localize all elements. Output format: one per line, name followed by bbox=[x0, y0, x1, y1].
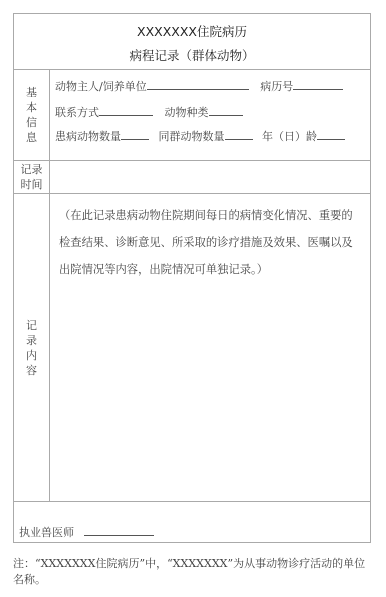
record-no-label: 病历号 bbox=[260, 80, 293, 93]
owner-label: 动物主人/饲养单位 bbox=[55, 80, 147, 93]
contact-label: 联系方式 bbox=[55, 106, 99, 119]
record-time-section: 记录时间 bbox=[14, 161, 370, 194]
form-header: XXXXXXX住院病历 病程记录（群体动物） bbox=[14, 14, 370, 70]
owner-field[interactable] bbox=[147, 78, 249, 90]
doctor-label: 执业兽医师 bbox=[19, 526, 74, 539]
record-no-field[interactable] bbox=[293, 78, 343, 90]
record-content-field[interactable]: （在此记录患病动物住院期间每日的病情变化情况、重要的检查结果、诊断意见、所采取的… bbox=[50, 194, 370, 501]
sick-count-field[interactable] bbox=[121, 128, 149, 140]
form-title: XXXXXXX住院病历 bbox=[14, 22, 370, 40]
basic-info-fields: 动物主人/饲养单位 病历号 联系方式 动物种类 患病动物数量 同群动物数量 年（… bbox=[50, 70, 370, 160]
group-count-field[interactable] bbox=[225, 128, 253, 140]
contact-field[interactable] bbox=[99, 104, 153, 116]
basic-info-label: 基本信息 bbox=[14, 70, 50, 160]
record-content-instruction: （在此记录患病动物住院期间每日的病情变化情况、重要的检查结果、诊断意见、所采取的… bbox=[59, 202, 362, 283]
form-subtitle: 病程记录（群体动物） bbox=[14, 46, 370, 64]
record-time-label: 记录时间 bbox=[14, 161, 50, 193]
footnote: 注：“XXXXXXX住院病历”中，“XXXXXXX”为从事动物诊疗活动的单位名称… bbox=[13, 556, 373, 588]
basic-info-section: 基本信息 动物主人/饲养单位 病历号 联系方式 动物种类 患病动物数量 同群动物… bbox=[14, 70, 370, 161]
sick-count-label: 患病动物数量 bbox=[55, 130, 121, 143]
record-content-label: 记录内容 bbox=[14, 194, 50, 501]
age-label: 年（日）龄 bbox=[262, 130, 317, 143]
record-content-section: 记录内容 （在此记录患病动物住院期间每日的病情变化情况、重要的检查结果、诊断意见… bbox=[14, 194, 370, 502]
record-time-field[interactable] bbox=[50, 161, 370, 193]
group-count-label: 同群动物数量 bbox=[159, 130, 225, 143]
doctor-section: 执业兽医师 bbox=[14, 502, 370, 543]
species-field[interactable] bbox=[209, 104, 243, 116]
age-field[interactable] bbox=[317, 128, 345, 140]
doctor-signature-field[interactable] bbox=[84, 524, 154, 536]
species-label: 动物种类 bbox=[165, 106, 209, 119]
medical-record-form: XXXXXXX住院病历 病程记录（群体动物） 基本信息 动物主人/饲养单位 病历… bbox=[13, 13, 371, 543]
